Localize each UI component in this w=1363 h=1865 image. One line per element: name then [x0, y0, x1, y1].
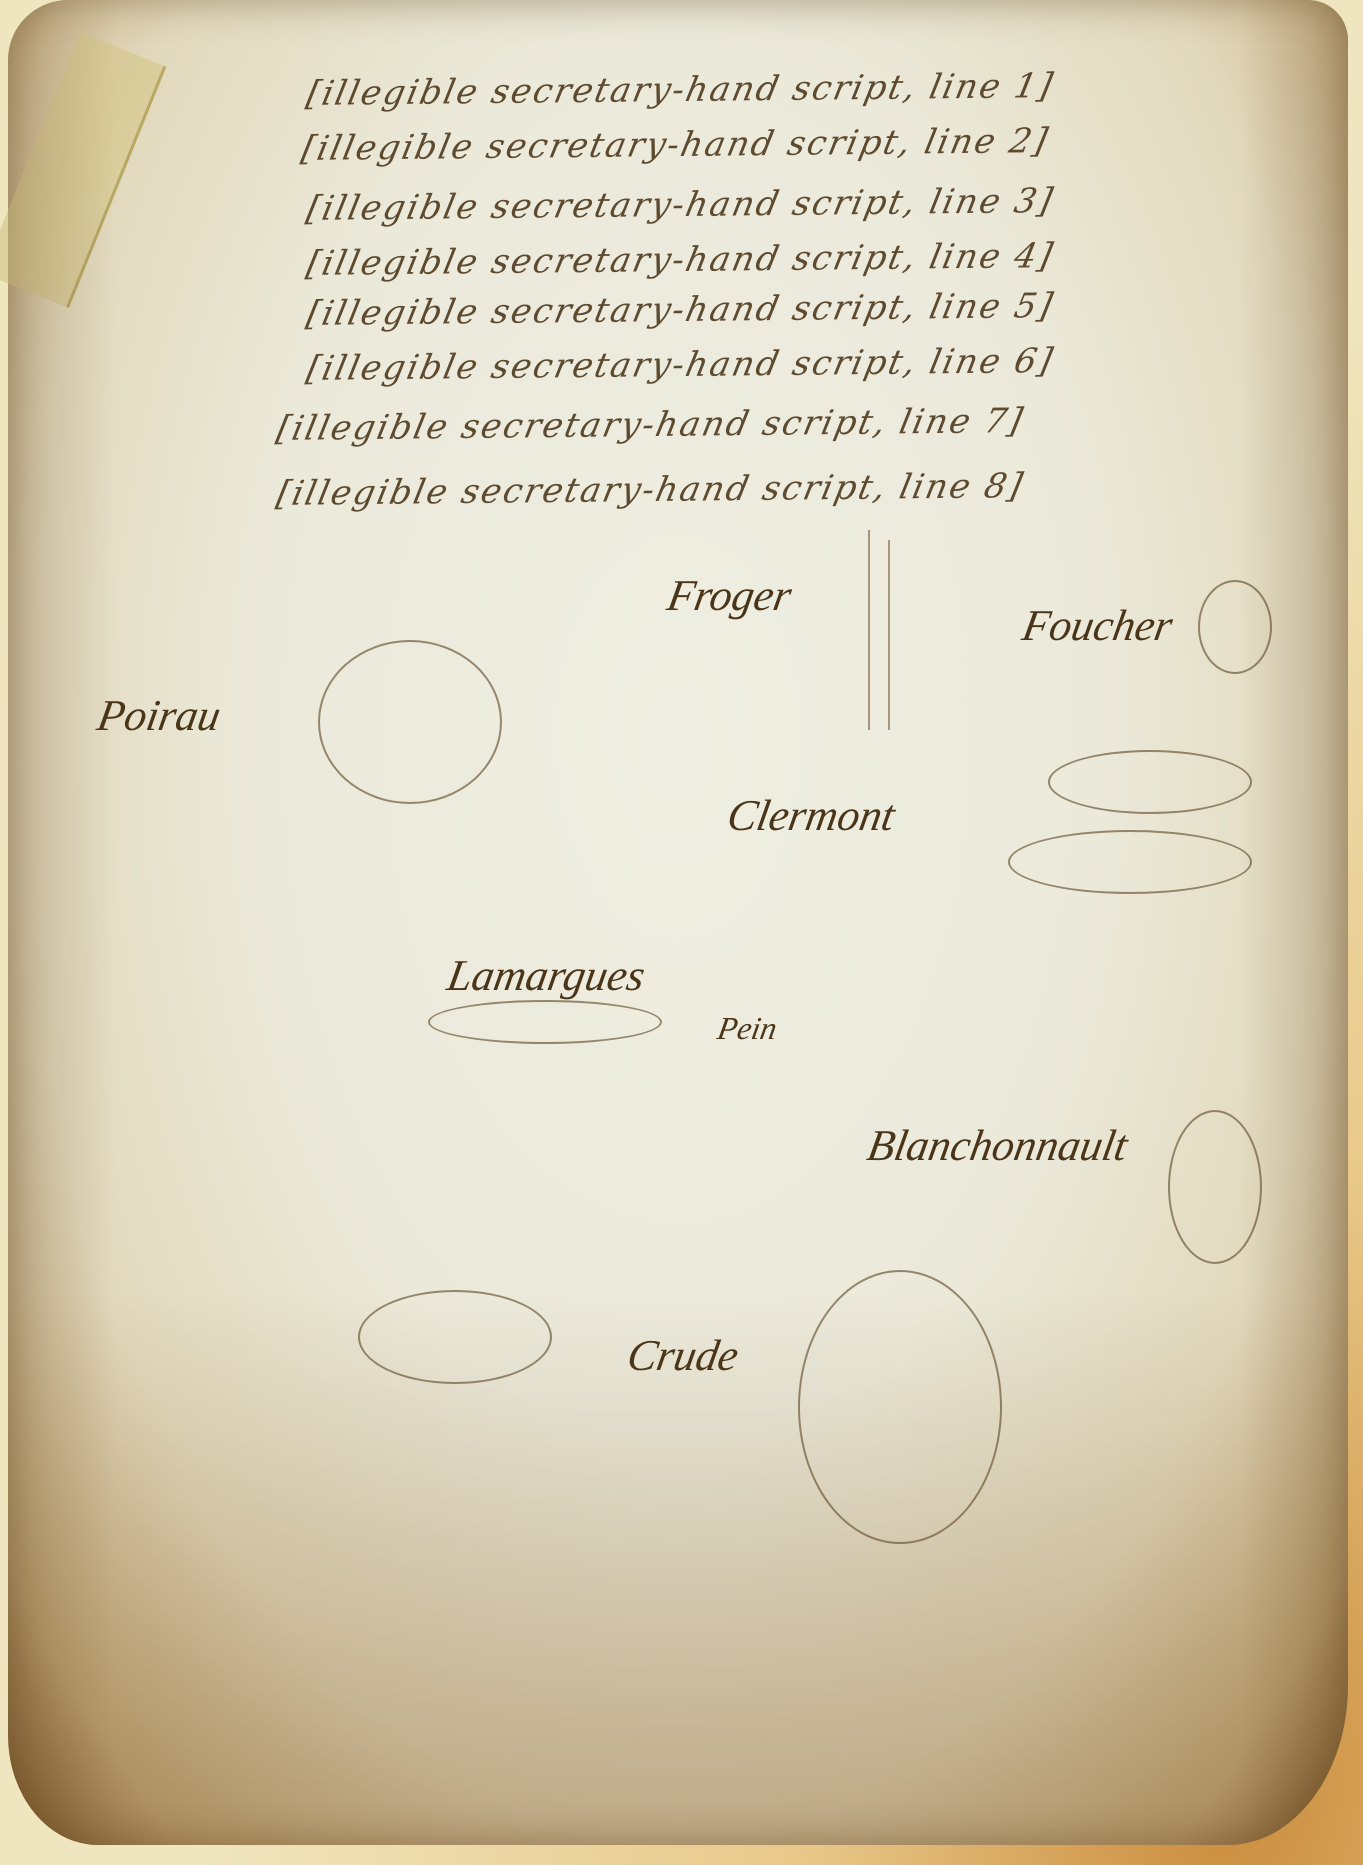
text-line: [illegible secretary-hand script, line 1… — [303, 66, 1058, 114]
paraph-flourish — [1008, 830, 1252, 894]
text-line: [illegible secretary-hand script, line 7… — [273, 401, 1028, 449]
paraph-flourish — [798, 1270, 1002, 1544]
signature-blanchonnault: Blanchonnault — [864, 1120, 1132, 1171]
text-line: [illegible secretary-hand script, line 4… — [303, 236, 1058, 284]
paraph-flourish — [1198, 580, 1272, 674]
signature-foucher: Foucher — [1019, 600, 1177, 651]
text-line: [illegible secretary-hand script, line 5… — [303, 286, 1058, 334]
paraph-strokes — [868, 530, 870, 730]
text-line: [illegible secretary-hand script, line 6… — [303, 341, 1058, 389]
manuscript-page: [illegible secretary-hand script, line 1… — [8, 0, 1348, 1845]
text-line: [illegible secretary-hand script, line 2… — [298, 121, 1053, 169]
signature-lamargues: Lamargues — [444, 950, 649, 1001]
paraph-flourish — [1168, 1110, 1262, 1264]
signature-clermont: Clermont — [724, 790, 899, 841]
signature-pein: Pein — [715, 1010, 780, 1047]
paraph-flourish — [1048, 750, 1252, 814]
signature-crude: Crude — [624, 1330, 743, 1381]
torn-edge — [0, 32, 166, 308]
paraph-flourish — [428, 1000, 662, 1044]
signature-froger: Froger — [664, 570, 796, 621]
text-line: [illegible secretary-hand script, line 8… — [273, 466, 1028, 514]
text-line: [illegible secretary-hand script, line 3… — [303, 181, 1058, 229]
signature-poirau: Poirau — [94, 690, 225, 741]
paraph-strokes — [888, 540, 890, 730]
paraph-flourish — [358, 1290, 552, 1384]
paraph-flourish — [318, 640, 502, 804]
